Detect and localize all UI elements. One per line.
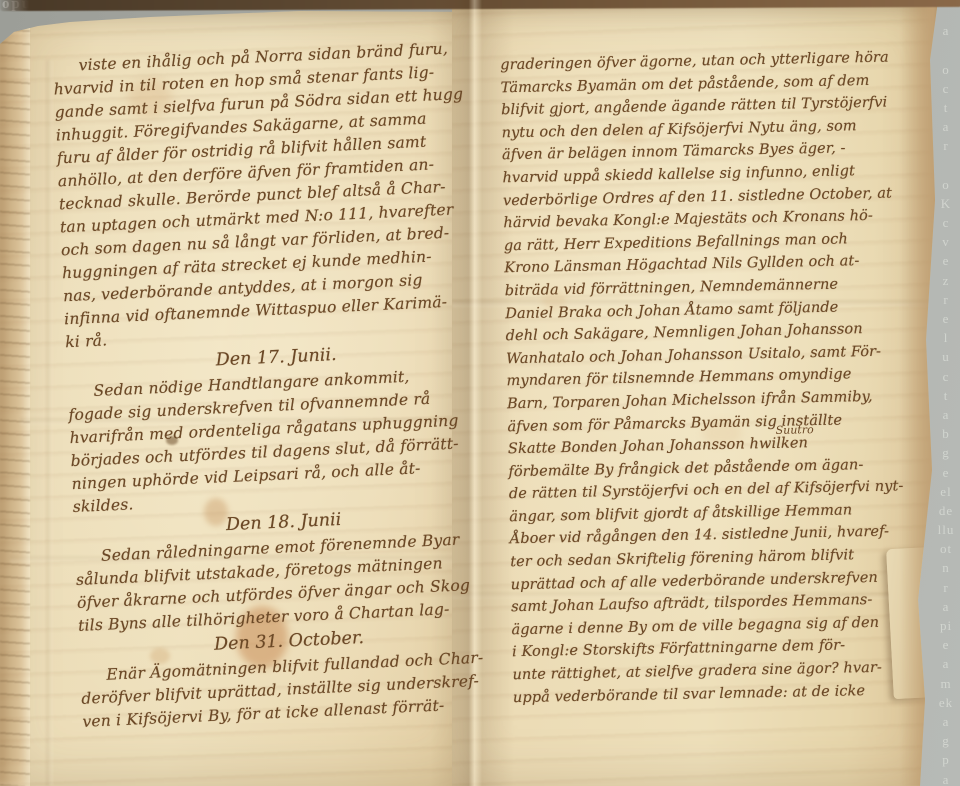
watermark-letter: z (933, 271, 959, 290)
manuscript-photo: opures aoctaroKcvezreluctabgeeldelluotnr… (0, 0, 960, 786)
watermark-letter: v (933, 232, 959, 251)
watermark-letter: u (933, 347, 959, 366)
right-page-text: graderingen öfver ägorne, utan och ytter… (500, 46, 943, 710)
watermark-letter: c (933, 79, 959, 98)
watermark-letter: r (933, 290, 959, 309)
interlinear-insertion: Suutro (776, 424, 814, 437)
watermark-letter: r (933, 136, 959, 155)
watermark-letter: p (933, 750, 959, 769)
crease (46, 60, 53, 786)
watermark-letter: a (933, 117, 959, 136)
watermark-letter: K (933, 194, 959, 213)
watermark-letter (933, 156, 959, 175)
watermark-letter: a (933, 21, 959, 40)
watermark-letter: a (933, 770, 959, 786)
watermark-letter: c (933, 213, 959, 232)
watermark-letter: g (933, 731, 959, 750)
watermark-letter (933, 40, 959, 59)
watermark-letter: o (933, 60, 959, 79)
watermark-letter: a (933, 712, 959, 731)
watermark-letter: e (933, 309, 959, 328)
watermark-letter: e (933, 251, 959, 270)
watermark-letter: l (933, 328, 959, 347)
watermark-letter: t (933, 98, 959, 117)
watermark-letter: c (933, 367, 959, 386)
left-page-text: viste en ihålig och på Norra sidan bränd… (52, 36, 502, 733)
page-stack-edge (0, 20, 30, 786)
watermark-letter: o (933, 175, 959, 194)
